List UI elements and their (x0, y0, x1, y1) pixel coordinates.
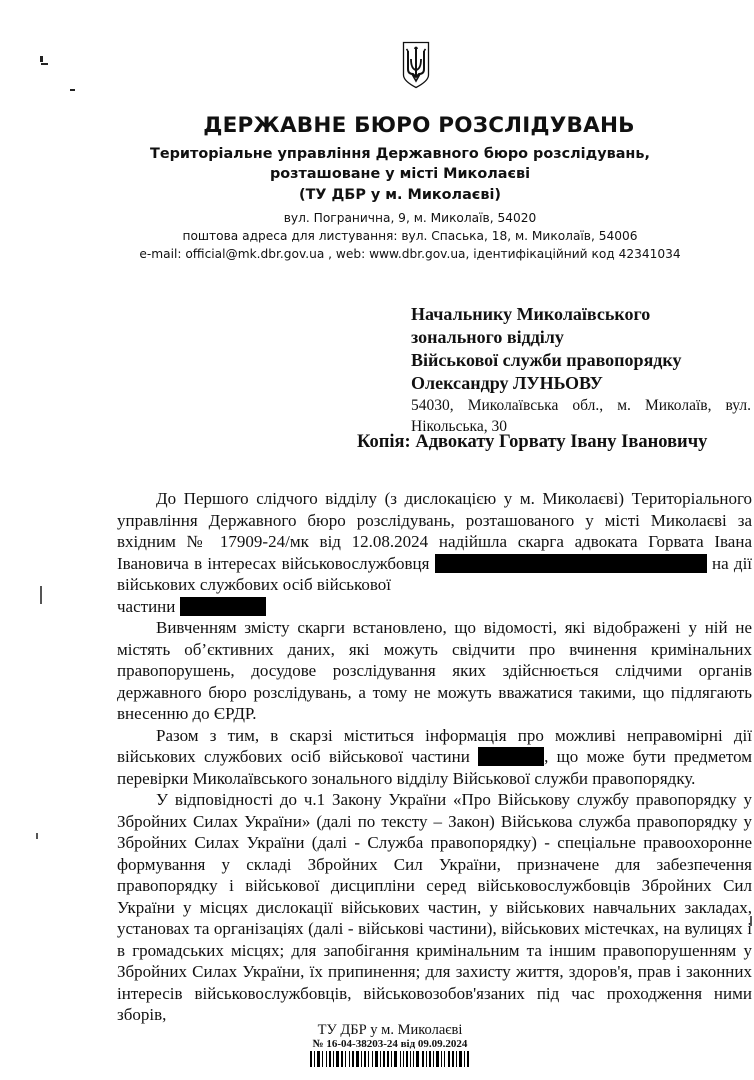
redacted-unit-number (478, 747, 544, 766)
barcode-bar (361, 1051, 362, 1067)
barcode-bar (441, 1051, 442, 1067)
barcode-bar (467, 1051, 469, 1067)
barcode-bar (372, 1051, 373, 1067)
letter-body: До Першого слідчого відділу (з дислокаці… (117, 488, 752, 1026)
stamp-org: ТУ ДБР у м. Миколаєві (285, 1022, 495, 1039)
barcode-bar (364, 1051, 366, 1067)
barcode-bar (349, 1051, 350, 1067)
barcode-bar (410, 1051, 411, 1067)
scan-speck (36, 833, 38, 839)
recipient-line1: Начальнику Миколаївського (411, 303, 751, 326)
paragraph-4: У відповідності до ч.1 Закону України «П… (117, 789, 752, 1026)
barcode-bar (416, 1051, 419, 1067)
barcode-bar (352, 1051, 354, 1067)
barcode-bar (380, 1051, 381, 1067)
org-contacts: e-mail: official@mk.dbr.gov.ua , web: ww… (0, 247, 754, 261)
recipient-address: 54030, Миколаївська обл., м. Миколаїв, в… (411, 395, 751, 437)
barcode-bar (341, 1051, 343, 1067)
barcode-bar (375, 1051, 378, 1067)
barcode-bar (456, 1051, 457, 1067)
scan-speck (40, 586, 42, 604)
barcode-bar (448, 1051, 450, 1067)
paragraph-2: Вивченням змісту скарги встановлено, що … (117, 617, 752, 725)
scan-speck (41, 63, 48, 65)
redacted-name (435, 554, 707, 573)
barcode-bar (394, 1051, 397, 1067)
barcode-bar (345, 1051, 346, 1067)
paragraph-1: До Першого слідчого відділу (з дислокаці… (117, 488, 752, 596)
barcode-bar (368, 1051, 369, 1067)
barcode-bar (336, 1051, 339, 1067)
barcode-bar (436, 1051, 439, 1067)
barcode-bar (391, 1051, 392, 1067)
org-subtitle-line2: розташоване у місті Миколаєві (0, 166, 754, 182)
paragraph-1-end: частини (117, 596, 752, 618)
ukraine-coat-of-arms-icon (402, 41, 430, 89)
barcode-bar (413, 1051, 414, 1067)
barcode-bar (322, 1051, 323, 1067)
recipient-line3: Військової служби правопорядку (411, 349, 751, 372)
barcode-bar (387, 1051, 389, 1067)
barcode-bar (333, 1051, 334, 1067)
barcode-bar (383, 1051, 385, 1067)
paragraph-3: Разом з тим, в скарзі міститься інформац… (117, 725, 752, 790)
org-subtitle-line3: (ТУ ДБР у м. Миколаєві) (0, 187, 754, 203)
org-title: ДЕРЖАВНЕ БЮРО РОЗСЛІДУВАНЬ (0, 113, 754, 138)
barcode-bar (464, 1051, 465, 1067)
barcode-bar (444, 1051, 445, 1067)
registration-stamp: ТУ ДБР у м. Миколаєві № 16-04-38203-24 в… (285, 1022, 495, 1067)
barcode-bar (429, 1051, 431, 1067)
barcode-bar (329, 1051, 331, 1067)
org-address: вул. Погранична, 9, м. Миколаїв, 54020 (0, 211, 754, 225)
barcode-bar (326, 1051, 327, 1067)
stamp-number: № 16-04-38203-24 від 09.09.2024 (285, 1038, 495, 1050)
recipient-line2: зонального відділу (411, 326, 751, 349)
scan-speck (40, 56, 43, 62)
paragraph-1-text-end: частини (117, 597, 175, 616)
barcode-bar (452, 1051, 454, 1067)
barcode-bar (317, 1051, 320, 1067)
barcode-bar (314, 1051, 315, 1067)
barcode-bar (403, 1051, 404, 1067)
barcode-bar (426, 1051, 427, 1067)
redacted-unit-number (180, 597, 266, 616)
recipient-name: Олександру ЛУНЬОВУ (411, 372, 751, 395)
barcode-bar (406, 1051, 408, 1067)
barcode-icon (310, 1051, 470, 1067)
barcode-bar (433, 1051, 434, 1067)
barcode-bar (459, 1051, 462, 1067)
org-subtitle-line1: Територіальне управління Державного бюро… (0, 146, 754, 162)
org-postal-address: поштова адреса для листування: вул. Спас… (0, 229, 754, 243)
barcode-bar (422, 1051, 424, 1067)
barcode-bar (310, 1051, 312, 1067)
recipient-block: Начальнику Миколаївського зонального від… (411, 303, 751, 437)
copy-recipient: Копія: Адвокату Горвату Івану Івановичу (357, 432, 707, 453)
scan-speck (70, 89, 75, 91)
barcode-bar (400, 1051, 401, 1067)
barcode-bar (356, 1051, 359, 1067)
